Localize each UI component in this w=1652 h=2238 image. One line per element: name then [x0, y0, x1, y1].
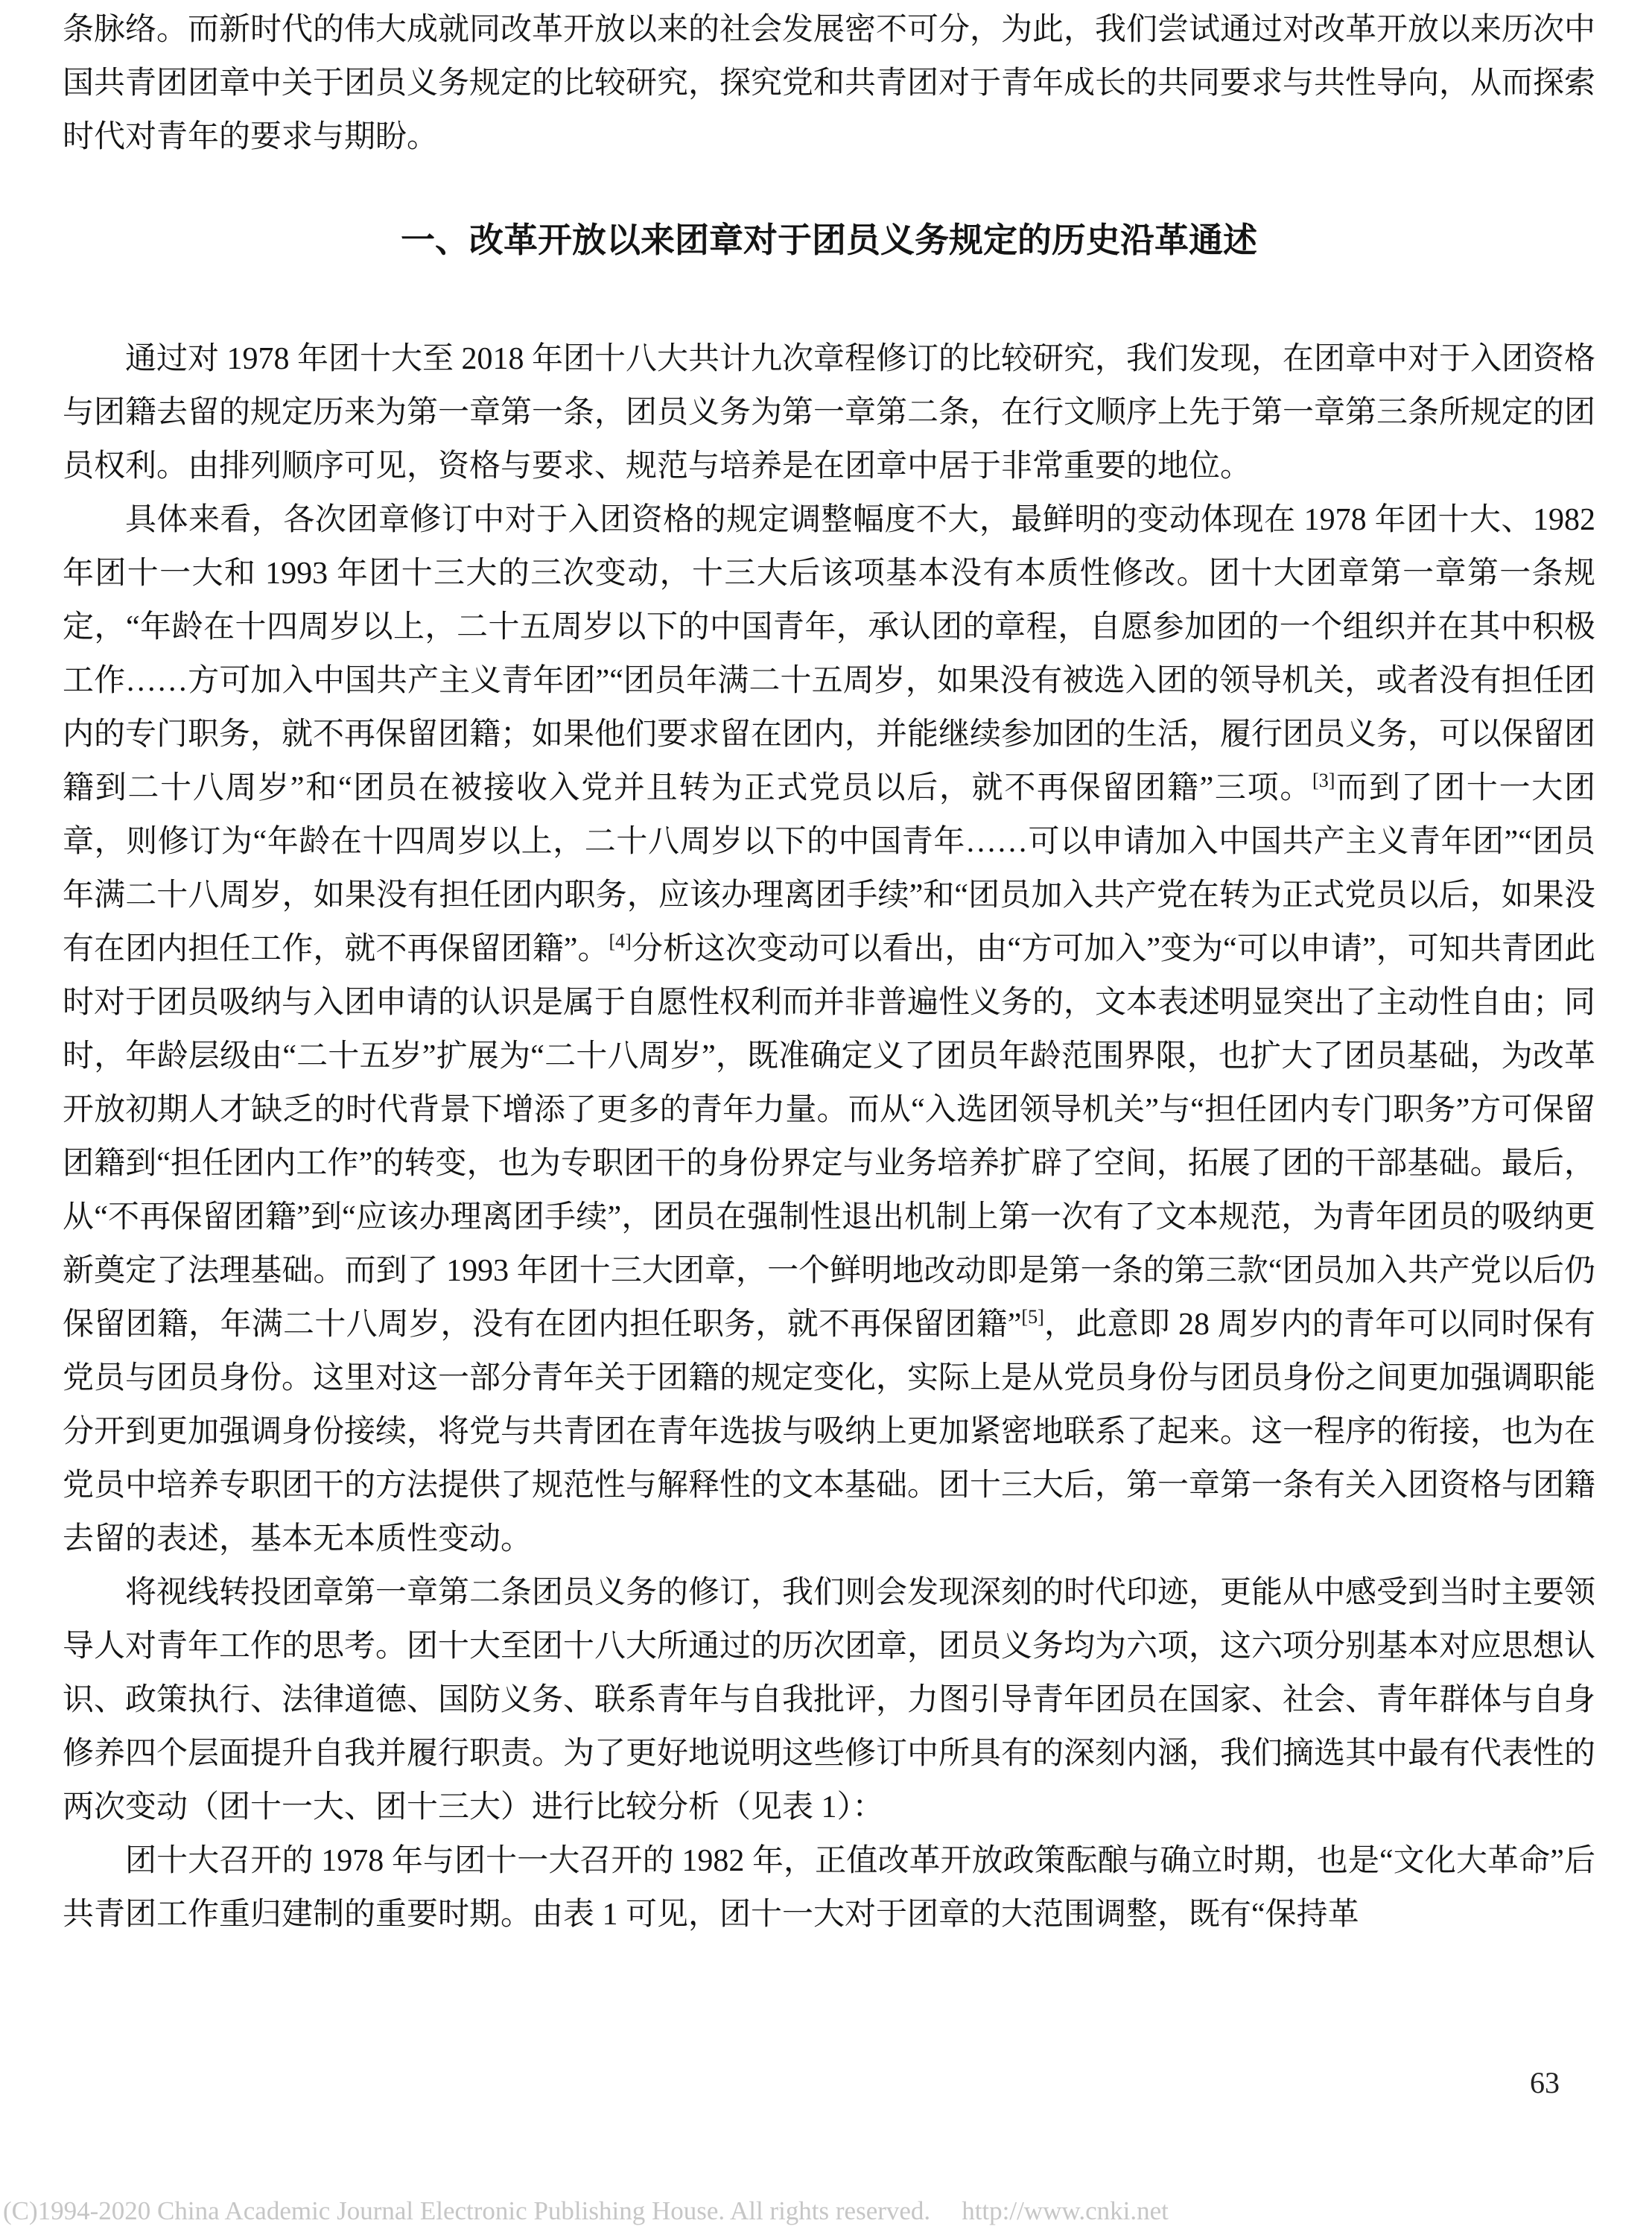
text-run: 将视线转投团章第一章第二条团员义务的修订，我们则会发现深刻的时代印迹，更能从中感…: [63, 1576, 1595, 1825]
footnote-ref: [5]: [1021, 1306, 1043, 1328]
journal-page: 条脉络。而新时代的伟大成就同改革开放以来的社会发展密不可分，为此，我们尝试通过对…: [0, 0, 1652, 2238]
paragraph-continuation: 条脉络。而新时代的伟大成就同改革开放以来的社会发展密不可分，为此，我们尝试通过对…: [63, 3, 1595, 164]
page-number: 63: [1530, 2065, 1560, 2101]
copyright-notice: (C)1994-2020 China Academic Journal Elec…: [3, 2196, 930, 2225]
text-run: 具体来看，各次团章修订中对于入团资格的规定调整幅度不大，最鲜明的变动体现在 19…: [63, 503, 1595, 805]
text-run: ，此意即 28 周岁内的青年可以同时保有党员与团员身份。这里对这一部分青年关于团…: [63, 1307, 1595, 1556]
text-run: 通过对 1978 年团十大至 2018 年团十八大共计九次章程修订的比较研究，我…: [63, 342, 1595, 484]
footnote-ref: [3]: [1312, 770, 1335, 791]
paragraph-era-context: 团十大召开的 1978 年与团十一大召开的 1982 年，正值改革开放政策酝酿与…: [63, 1834, 1595, 1941]
footnote-ref: [4]: [609, 931, 632, 952]
publisher-footer: (C)1994-2020 China Academic Journal Elec…: [3, 2195, 1169, 2228]
paragraph-member-duties: 将视线转投团章第一章第二条团员义务的修订，我们则会发现深刻的时代印迹，更能从中感…: [63, 1566, 1595, 1834]
paragraph-detail-analysis: 具体来看，各次团章修订中对于入团资格的规定调整幅度不大，最鲜明的变动体现在 19…: [63, 493, 1595, 1566]
paragraph-overview: 通过对 1978 年团十大至 2018 年团十八大共计九次章程修订的比较研究，我…: [63, 332, 1595, 493]
publisher-url: http://www.cnki.net: [962, 2196, 1169, 2225]
section-heading: 一、改革开放以来团章对于团员义务规定的历史沿革通述: [63, 213, 1595, 267]
page-body: 条脉络。而新时代的伟大成就同改革开放以来的社会发展密不可分，为此，我们尝试通过对…: [63, 3, 1595, 1941]
text-run: 分析这次变动可以看出，由“方可加入”变为“可以申请”，可知共青团此时对于团员吸纳…: [63, 932, 1595, 1342]
text-run: 团十大召开的 1978 年与团十一大召开的 1982 年，正值改革开放政策酝酿与…: [63, 1844, 1595, 1932]
text-run: 条脉络。而新时代的伟大成就同改革开放以来的社会发展密不可分，为此，我们尝试通过对…: [63, 13, 1595, 154]
